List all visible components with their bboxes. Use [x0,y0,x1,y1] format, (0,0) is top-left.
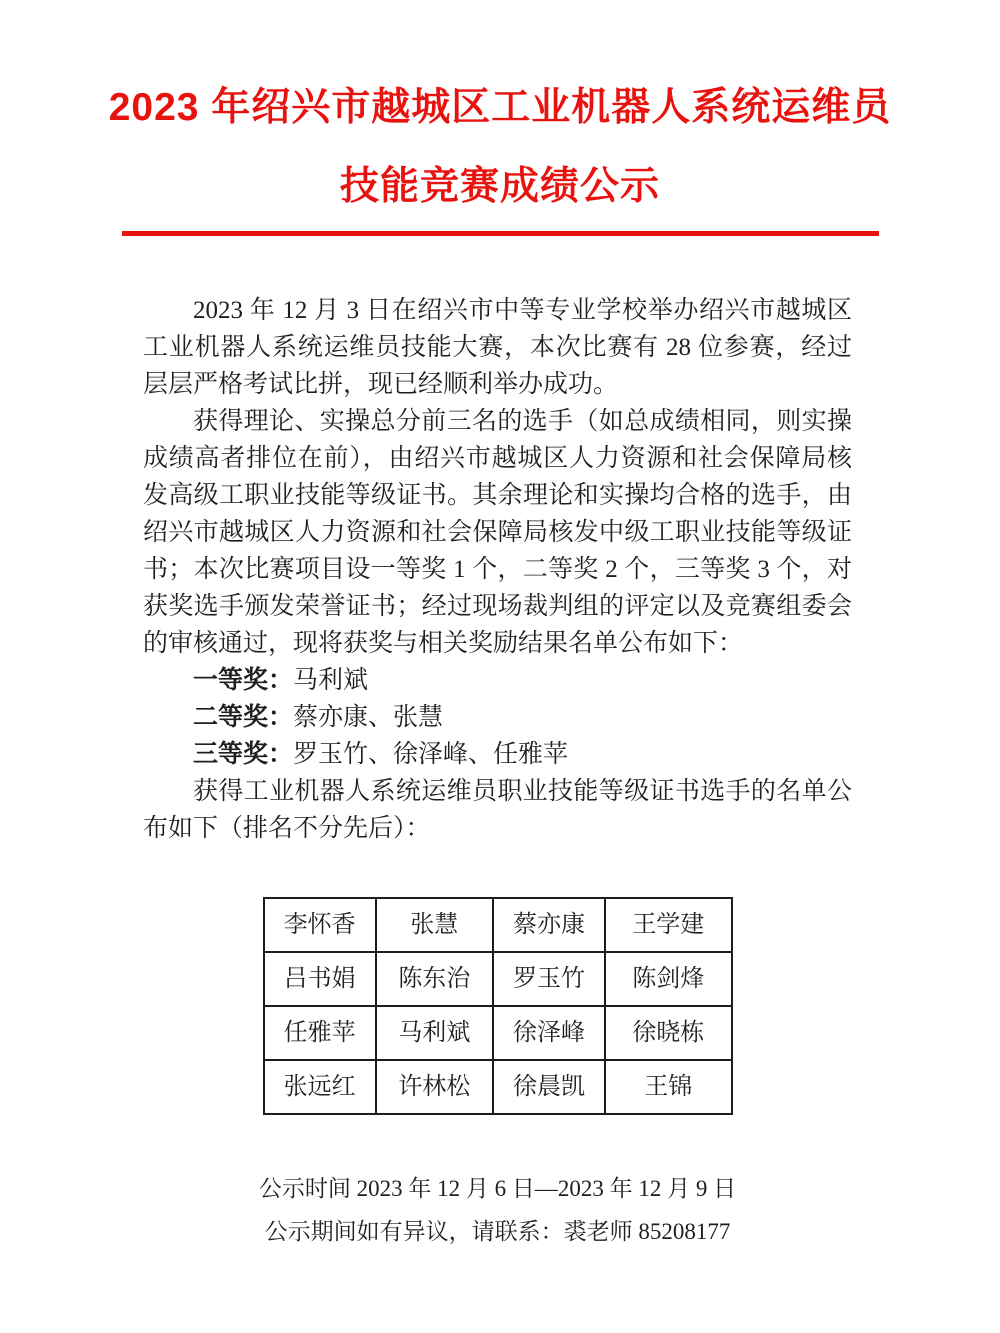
footer-block: 公示时间 2023 年 12 月 6 日—2023 年 12 月 9 日 公示期… [143,1167,852,1253]
table-cell: 王锦 [605,1060,731,1114]
table-cell: 王学建 [605,898,731,952]
table-cell: 马利斌 [376,1006,493,1060]
table-row-2: 吕书娟 陈东治 罗玉竹 陈剑烽 [264,952,732,1006]
certificate-names-table: 李怀香 张慧 蔡亦康 王学建 吕书娟 陈东治 罗玉竹 陈剑烽 任雅苹 马利斌 徐… [263,897,733,1115]
table-cell: 张远红 [264,1060,376,1114]
table-cell: 陈东治 [376,952,493,1006]
table-row-1: 李怀香 张慧 蔡亦康 王学建 [264,898,732,952]
second-prize-label: 二等奖： [193,704,293,731]
second-prize-names: 蔡亦康、张慧 [293,704,443,731]
table-cell: 徐晨凯 [493,1060,605,1114]
table-cell: 吕书娟 [264,952,376,1006]
award-line-first-prize: 一等奖：马利斌 [143,662,852,699]
contact-info-line: 公示期间如有异议，请联系：裘老师 85208177 [143,1210,852,1253]
table-cell: 徐泽峰 [493,1006,605,1060]
document-body: 2023 年 12 月 3 日在绍兴市中等专业学校举办绍兴市越城区工业机器人系统… [143,292,852,1253]
title-block: 2023 年绍兴市越城区工业机器人系统运维员 技能竞赛成绩公示 [0,0,1000,236]
title-divider-rule [122,231,879,236]
third-prize-names: 罗玉竹、徐泽峰、任雅苹 [293,741,568,768]
paragraph-event-summary: 2023 年 12 月 3 日在绍兴市中等专业学校举办绍兴市越城区工业机器人系统… [143,292,852,403]
table-cell: 李怀香 [264,898,376,952]
first-prize-names: 马利斌 [293,667,368,694]
paragraph-award-rules: 获得理论、实操总分前三名的选手（如总成绩相同，则实操成绩高者排位在前），由绍兴市… [143,403,852,662]
table-cell: 徐晓栋 [605,1006,731,1060]
table-cell: 蔡亦康 [493,898,605,952]
award-line-second-prize: 二等奖：蔡亦康、张慧 [143,699,852,736]
table-row-4: 张远红 许林松 徐晨凯 王锦 [264,1060,732,1114]
document-title-line-2: 技能竞赛成绩公示 [0,167,1000,208]
table-cell: 许林松 [376,1060,493,1114]
first-prize-label: 一等奖： [193,667,293,694]
document-title-line-1: 2023 年绍兴市越城区工业机器人系统运维员 [0,88,1000,129]
award-line-third-prize: 三等奖：罗玉竹、徐泽峰、任雅苹 [143,736,852,773]
third-prize-label: 三等奖： [193,741,293,768]
table-cell: 罗玉竹 [493,952,605,1006]
document-page: 2023 年绍兴市越城区工业机器人系统运维员 技能竞赛成绩公示 2023 年 1… [0,0,1000,1333]
publicity-period-line: 公示时间 2023 年 12 月 6 日—2023 年 12 月 9 日 [143,1167,852,1210]
table-cell: 张慧 [376,898,493,952]
table-cell: 陈剑烽 [605,952,731,1006]
table-cell: 任雅苹 [264,1006,376,1060]
paragraph-certificate-intro: 获得工业机器人系统运维员职业技能等级证书选手的名单公布如下（排名不分先后）： [143,773,852,847]
table-row-3: 任雅苹 马利斌 徐泽峰 徐晓栋 [264,1006,732,1060]
